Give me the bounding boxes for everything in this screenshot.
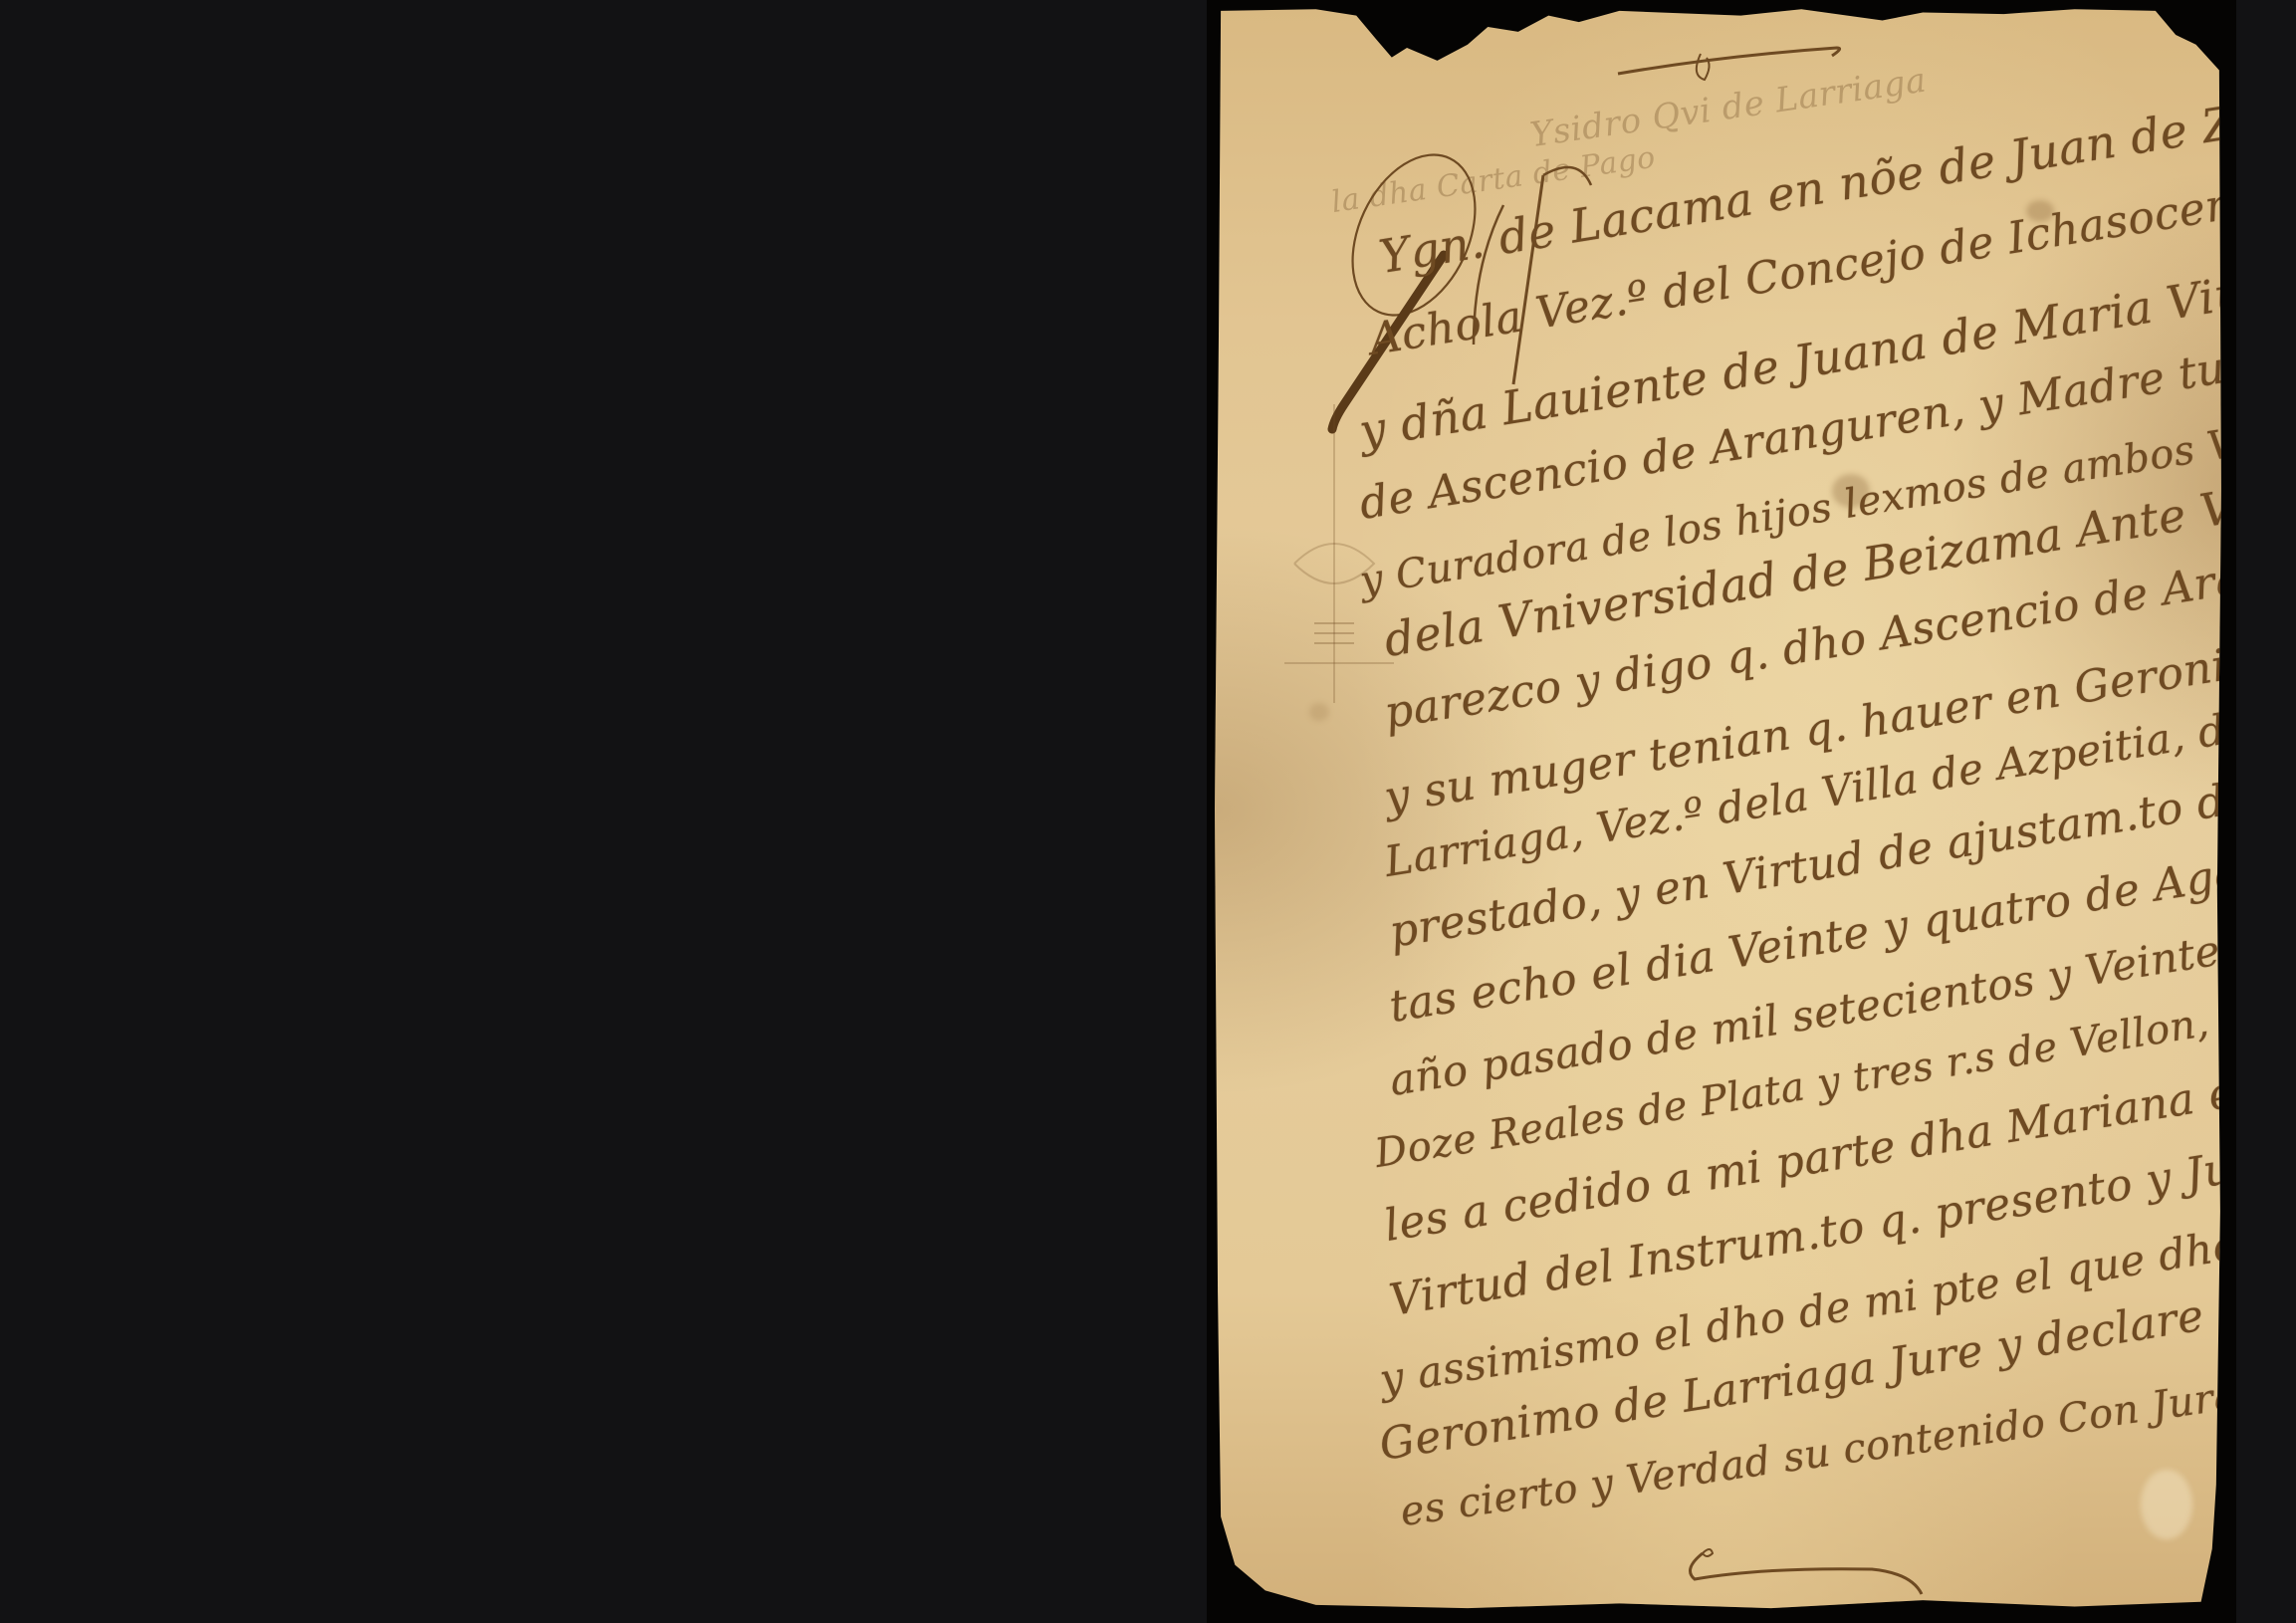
document-viewer: Ysidro Qvi de Larriaga la dha Carta de P… xyxy=(0,0,2296,1623)
water-stain-ring xyxy=(2141,1470,2192,1539)
manuscript-page: Ysidro Qvi de Larriaga la dha Carta de P… xyxy=(1215,6,2226,1613)
closing-flourish xyxy=(1673,1539,1932,1599)
page-mark-flourish xyxy=(1613,36,1852,96)
